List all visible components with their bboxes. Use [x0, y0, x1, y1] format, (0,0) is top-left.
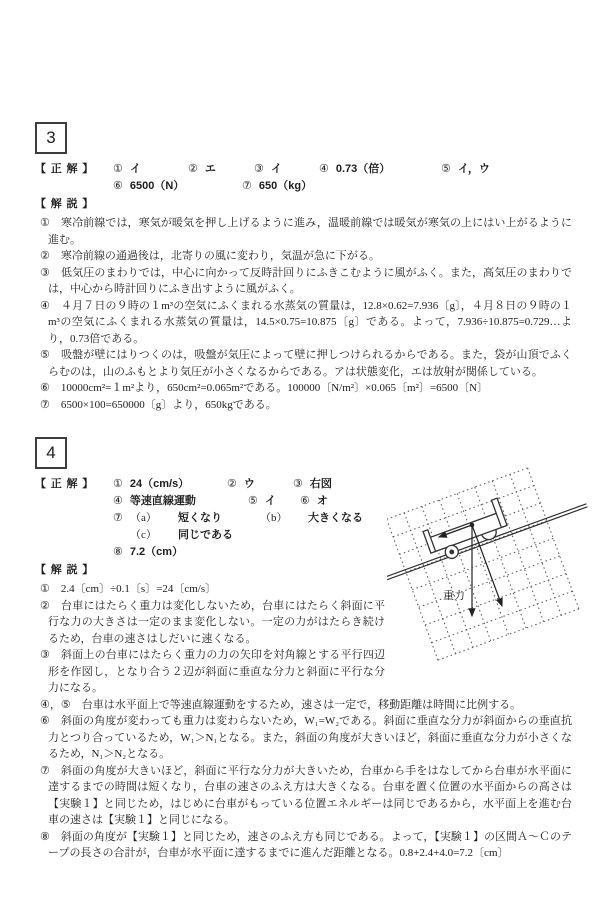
explanation-text: 寒冷前線では，寒気が暖気を押し上げるように進み，温暖前線では暖気が寒気の上にはい…: [48, 217, 572, 246]
section-4: 4: [35, 437, 572, 862]
answer-item: ①イ: [113, 161, 188, 178]
answer-value: 0.73（倍）: [336, 163, 390, 175]
answer-value: オ: [317, 495, 328, 507]
explanation-item: ⑧斜面の角度が【実験１】と同じため，速さのふえ方も同じである。よって，【実験１】…: [35, 829, 572, 862]
answer-value: イ: [130, 163, 141, 175]
explanation-item: ⑤吸盤が壁にはりつくのは，吸盤が気圧によって壁に押しつけられるからである。また，…: [35, 347, 572, 380]
explanation-number: ⑤: [40, 349, 50, 361]
force-diagram-svg: 重力: [387, 461, 600, 676]
answer-item: ⑤イ，ウ: [441, 161, 490, 178]
explanation-text: 6500×100=650000〔g〕より，650kgである。: [61, 399, 277, 411]
answer-number: ⑥: [113, 180, 123, 192]
answer-number: ⑤: [441, 163, 451, 175]
answer-value: イ，ウ: [458, 163, 490, 175]
answer-item: ②ウ: [227, 476, 293, 493]
answer-number: ⑥: [300, 495, 310, 507]
question-number-box-3: 3: [35, 122, 67, 154]
explanation-item: ⑦斜面の角度が大きいほど，斜面に平行な分力が大きいため，台車から手をはなしてから…: [35, 763, 572, 829]
answers-row-1: 【 正 解 】①イ②エ③イ④0.73（倍）⑤イ，ウ: [35, 161, 572, 178]
answer-value: イ: [265, 495, 276, 507]
answer-number: ③: [254, 163, 264, 175]
answer-item: ③右図: [293, 476, 332, 493]
answer-number: ⑧: [113, 546, 123, 558]
cart-wheel-hub: [449, 550, 454, 555]
answer-number: ②: [227, 478, 237, 490]
explanation-text: 斜面の角度が【実験１】と同じため，速さのふえ方も同じである。よって，【実験１】の…: [48, 831, 572, 860]
explanation-text: 吸盤が壁にはりつくのは，吸盤が気圧によって壁に押しつけられるからである。また，袋…: [48, 349, 572, 378]
answer-item: ③イ: [254, 161, 319, 178]
explanation-number: ③: [40, 267, 50, 279]
explanation-number: ①: [40, 217, 50, 229]
cart: [421, 498, 511, 565]
answer-value: エ: [205, 163, 216, 175]
force-origin-dot: [470, 523, 475, 528]
answer-sub-key: （a）: [130, 510, 178, 527]
explanation-number: ②: [40, 600, 50, 612]
explanation-number: ⑦: [40, 765, 50, 777]
explanation-number: ④，⑤: [40, 699, 71, 711]
answer-value: 24（cm/s）: [130, 478, 189, 490]
answer-number: ①: [113, 478, 123, 490]
explanation-number: ①: [40, 583, 50, 595]
explanation-text: 台車は水平面上で等速直線運動をするため，速さは一定で，移動距離は時間に比例する。: [82, 699, 521, 711]
answer-number: ②: [188, 163, 198, 175]
answer-number: ④: [113, 495, 123, 507]
answer-sub-key: （b）: [260, 510, 308, 527]
answer-number: ④: [319, 163, 329, 175]
tilted-grid: [387, 468, 579, 660]
answer-value: 大きくなる: [308, 512, 363, 524]
explanation-item: ④４月７日の９時の１m³の空気にふくまれる水蒸気の質量は，12.8×0.62=7…: [35, 298, 572, 348]
answer-value: 右図: [310, 478, 332, 490]
explanation-item: ⑦6500×100=650000〔g〕より，650kgである。: [35, 397, 572, 414]
document-page: 3 【 正 解 】①イ②エ③イ④0.73（倍）⑤イ，ウ ⑥6500（N）⑦650…: [0, 0, 600, 900]
explanation-number: ⑧: [40, 831, 50, 843]
explanation-item: ⑥斜面の角度が変わっても重力は変わらないため，W₁=W₂である。斜面に垂直な分力…: [35, 713, 572, 763]
answer-item: ①24（cm/s）: [113, 476, 227, 493]
answer-item: ⑥6500（N）: [113, 178, 242, 195]
answer-value: ウ: [244, 478, 255, 490]
explanation-text: 寒冷前線の通過後は，北寄りの風に変わり，気温が急に下がる。: [61, 250, 380, 262]
answer-number: ⑤: [248, 495, 258, 507]
answer-item: ④等速直線運動: [113, 493, 248, 510]
explanation-item: ②台車にはたらく重力は変化しないため，台車にはたらく斜面に平行な力の大きさは一定…: [35, 598, 385, 648]
explanation-text: 低気圧のまわりでは，中心に向かって反時計回りにふきこむように風がふく。また，高気…: [48, 267, 572, 296]
answer-number: ⑦: [113, 510, 130, 527]
question-number: 3: [46, 128, 55, 148]
gravity-label: 重力: [443, 588, 465, 602]
explanation-number: ③: [40, 649, 50, 661]
answer-sub-key: （c）: [130, 527, 178, 544]
answer-value: 等速直線運動: [130, 495, 196, 507]
explanation-number: ⑦: [40, 399, 50, 411]
explanation-item: ①寒冷前線では，寒気が暖気を押し上げるように進み，温暖前線では暖気が寒気の上には…: [35, 215, 572, 248]
explanation-number: ②: [40, 250, 50, 262]
explanation-item: ③低気圧のまわりでは，中心に向かって反時計回りにふきこむように風がふく。また，高…: [35, 265, 572, 298]
question-number-box-4: 4: [35, 437, 67, 469]
correct-answer-label: 【 正 解 】: [35, 476, 113, 493]
explanation-item: ④，⑤台車は水平面上で等速直線運動をするため，速さは一定で，移動距離は時間に比例…: [35, 697, 572, 714]
answer-value: 6500（N）: [130, 180, 184, 192]
explanation-text: 10000cm²=１m²より，650cm²=0.065m²である。100000〔…: [61, 382, 488, 394]
force-diagram-figure: 重力: [387, 461, 600, 676]
explanation-text: 斜面の角度が変わっても重力は変わらないため，W₁=W₂である。斜面に垂直な分力が…: [48, 715, 572, 760]
section-3: 3 【 正 解 】①イ②エ③イ④0.73（倍）⑤イ，ウ ⑥6500（N）⑦650…: [35, 122, 572, 413]
answer-item: ④0.73（倍）: [319, 161, 441, 178]
answer-item: ⑤イ: [248, 493, 300, 510]
answer-item: ②エ: [188, 161, 254, 178]
explanation-item: ⑥10000cm²=１m²より，650cm²=0.065m²である。100000…: [35, 380, 572, 397]
explanation-text: 斜面上の台車にはたらく重力の力の矢印を対角線とする平行四辺形を作図し，となり合う…: [48, 649, 385, 694]
answers-row-2: ⑥6500（N）⑦650（kg）: [35, 178, 572, 195]
correct-answer-label: 【 正 解 】: [35, 161, 113, 178]
explanation-text: 斜面の角度が大きいほど，斜面に平行な分力が大きいため，台車から手をはなしてから台…: [48, 765, 572, 827]
answer-item: ⑦650（kg）: [242, 178, 312, 195]
explanation-text: ４月７日の９時の１m³の空気にふくまれる水蒸気の質量は，12.8×0.62=7.…: [48, 300, 572, 345]
explanation-text: 台車にはたらく重力は変化しないため，台車にはたらく斜面に平行な力の大きさは一定の…: [48, 600, 385, 645]
explanation-number: ⑥: [40, 715, 50, 727]
explanation-number: ④: [40, 300, 50, 312]
answer-value: 同じである: [178, 529, 233, 541]
answer-number: ③: [293, 478, 303, 490]
answer-value: 短くなり: [178, 510, 260, 527]
explain-heading: 【 解 説 】: [35, 196, 572, 213]
answer-number: ⑦: [242, 180, 252, 192]
explanation-item: ③斜面上の台車にはたらく重力の力の矢印を対角線とする平行四辺形を作図し，となり合…: [35, 647, 385, 697]
explanation-number: ⑥: [40, 382, 50, 394]
answer-item: ⑧7.2（cm）: [113, 544, 183, 561]
answer-value: イ: [271, 163, 282, 175]
answer-value: 650（kg）: [259, 180, 312, 192]
explanation-text: 2.4〔cm〕÷0.1〔s〕=24〔cm/s〕: [61, 583, 216, 595]
answer-value: 7.2（cm）: [130, 546, 183, 558]
answer-item: ⑥オ: [300, 493, 328, 510]
question-number: 4: [46, 443, 55, 463]
explanation-item: ②寒冷前線の通過後は，北寄りの風に変わり，気温が急に下がる。: [35, 248, 572, 265]
answer-number: ①: [113, 163, 123, 175]
